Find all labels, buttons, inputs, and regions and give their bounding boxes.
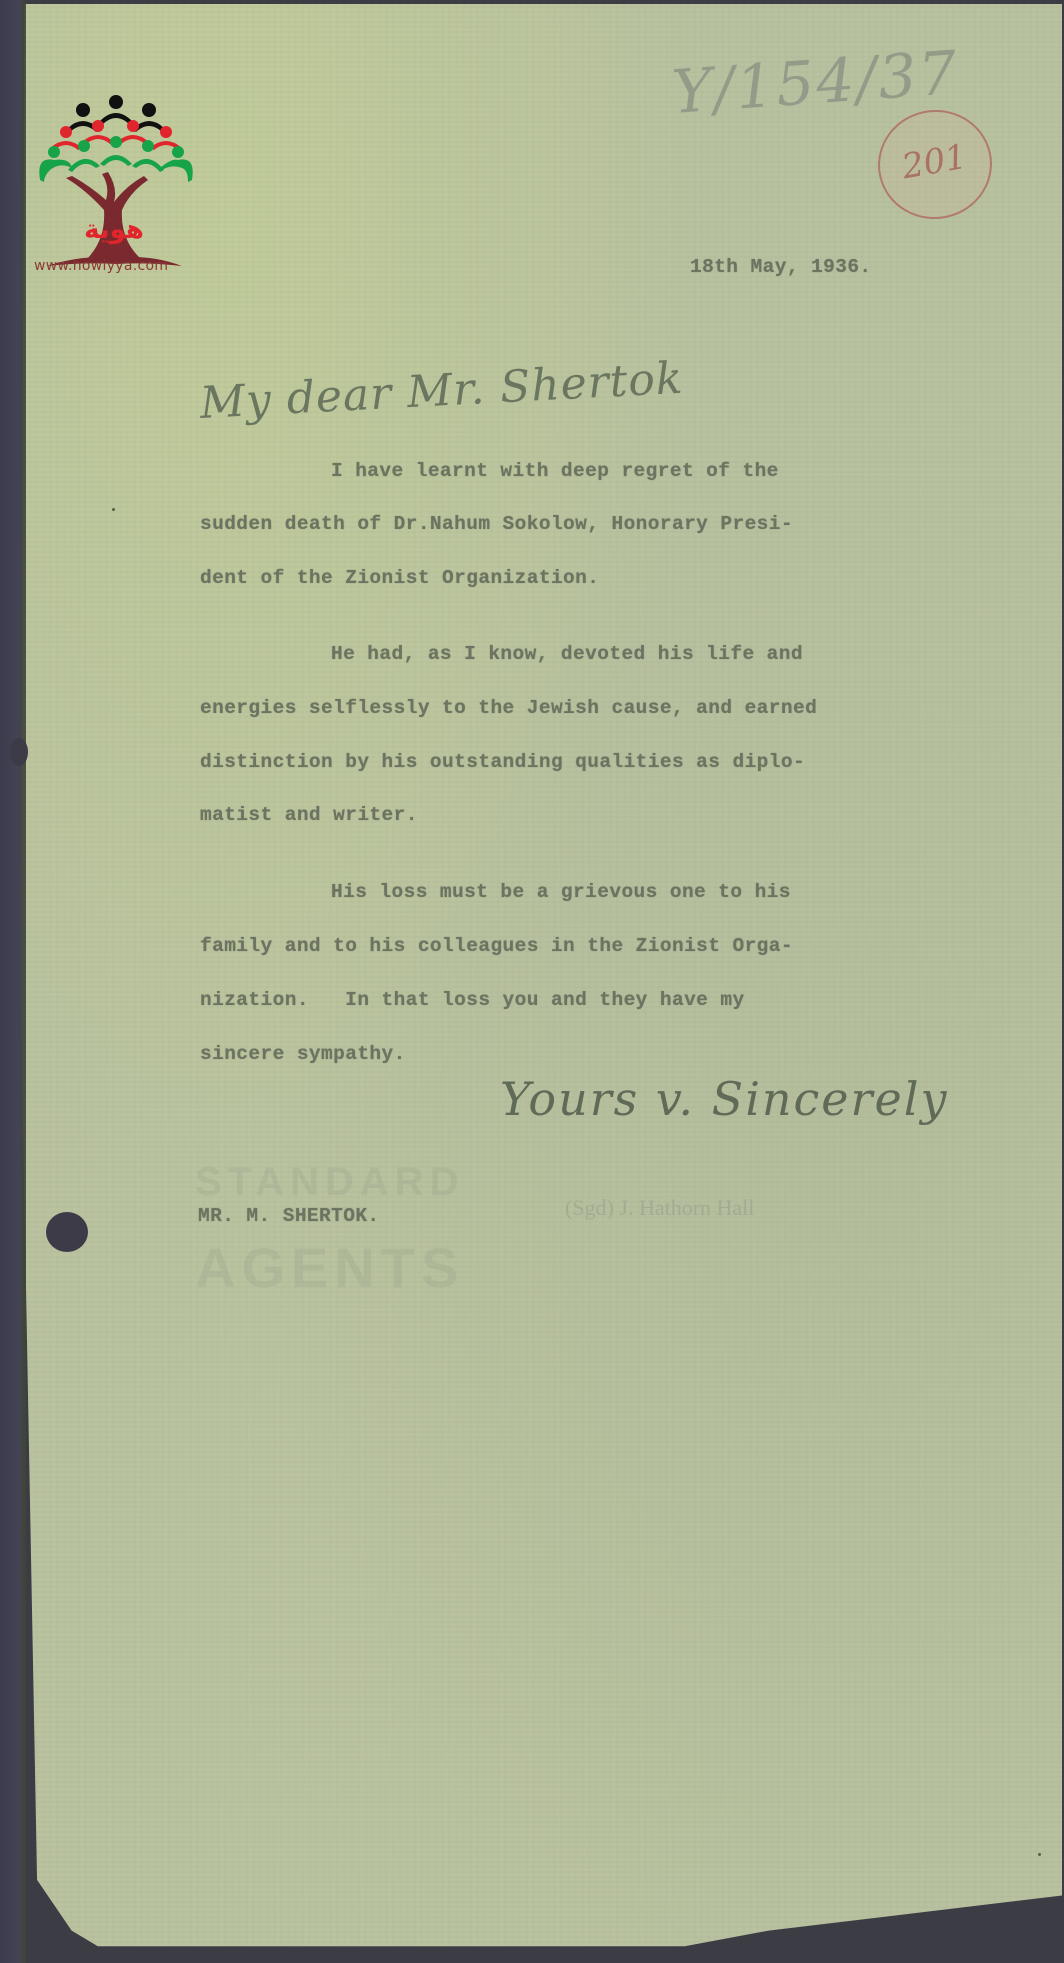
body-line: energies selflessly to the Jewish cause,…	[200, 697, 817, 719]
body-line: distinction by his outstanding qualities…	[200, 751, 805, 773]
body-line: sudden death of Dr.Nahum Sokolow, Honora…	[200, 513, 793, 535]
body-line: matist and writer.	[200, 804, 418, 826]
faint-stamp: STANDARD	[195, 1160, 464, 1205]
ink-dot	[1038, 1853, 1041, 1856]
body-line: family and to his colleagues in the Zion…	[200, 935, 793, 957]
body-line: He had, as I know, devoted his life and	[331, 643, 803, 665]
punch-hole	[46, 1212, 88, 1252]
body-line: His loss must be a grievous one to his	[331, 881, 791, 903]
howiyya-logo-icon: هوية	[26, 90, 196, 280]
watermark-url: www.howiyya.com	[34, 258, 168, 274]
faint-stamp: AGENTS	[195, 1235, 464, 1300]
punch-hole	[10, 738, 28, 766]
handwritten-closing: Yours v. Sincerely	[500, 1072, 948, 1126]
addressee: MR. M. SHERTOK.	[198, 1205, 380, 1227]
ink-dot	[112, 508, 115, 511]
letter-date: 18th May, 1936.	[690, 256, 872, 278]
svg-text:هوية: هوية	[84, 215, 144, 245]
body-line: sincere sympathy.	[200, 1043, 406, 1065]
signature-stamp: (Sgd) J. Hathorn Hall	[565, 1195, 754, 1221]
paper-left-edge	[0, 0, 26, 1963]
body-line: nization. In that loss you and they have…	[200, 989, 745, 1011]
body-line: I have learnt with deep regret of the	[331, 460, 779, 482]
body-line: dent of the Zionist Organization.	[200, 567, 599, 589]
letter-paper	[14, 4, 1062, 1958]
